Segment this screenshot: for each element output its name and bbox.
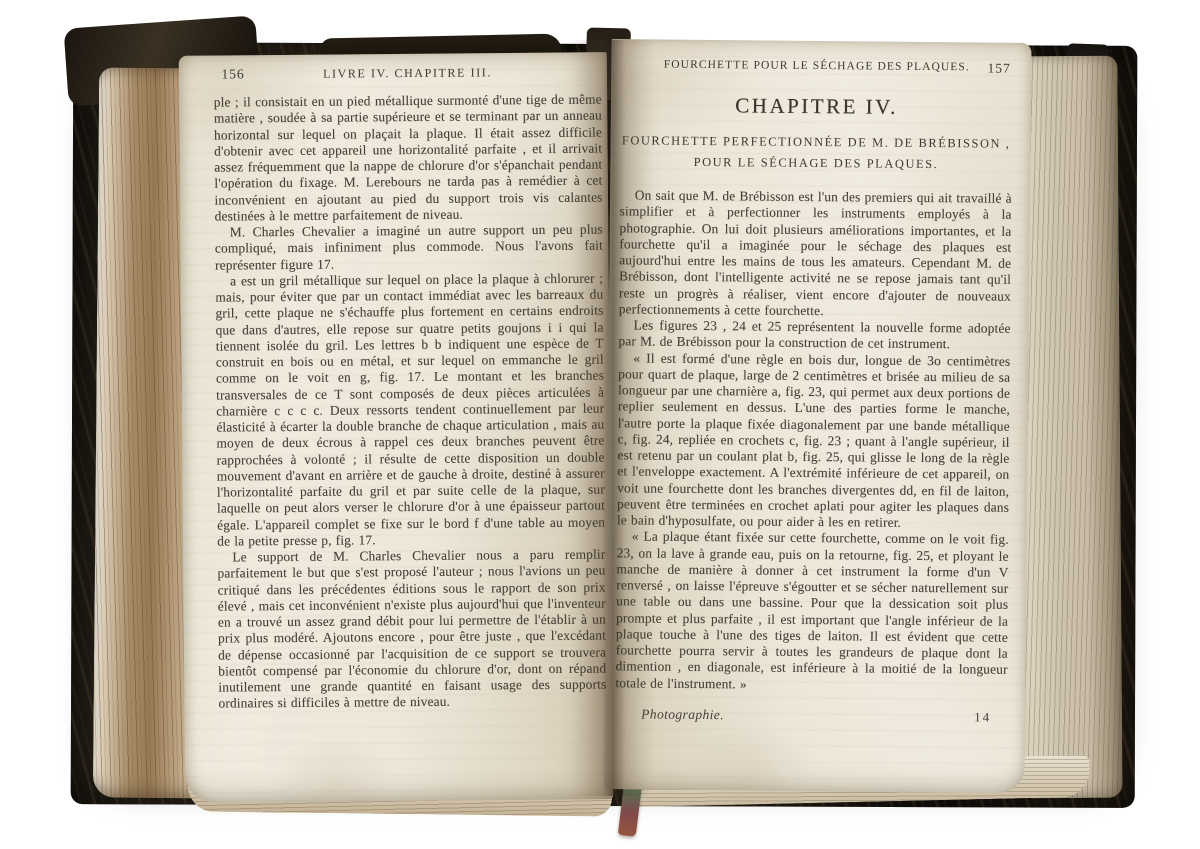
right-page-body: On sait que M. de Brébisson est l'un des… [615,187,1011,694]
right-paragraph: Les figures 23 , 24 et 25 représentent l… [618,317,1010,353]
signature-mark: 14 [974,709,991,725]
left-page-body: ple ; il consistait en un pied métalliqu… [214,91,607,712]
left-paragraph: ple ; il consistait en un pied métalliqu… [214,91,603,224]
chapter-subtitle-line2: POUR LE SÉCHAGE DES PLAQUES. [620,151,1012,175]
right-page-number: 157 [988,61,1011,77]
right-page-footer: Photographie. 14 [615,706,1007,729]
left-paragraph: Le support de M. Charles Chevalier nous … [217,546,606,712]
left-paragraph: M. Charles Chevalier a imaginé un autre … [215,221,603,273]
right-paragraph: On sait que M. de Brébisson est l'un des… [619,187,1012,320]
left-page-text: 156 LIVRE IV. CHAPITRE III. ple ; il con… [213,64,606,712]
left-running-header: LIVRE IV. CHAPITRE III. [323,65,492,80]
photo-background: { "book": { "left_page": { "page_number"… [0,0,1200,849]
footer-catchword: Photographie. [641,706,724,723]
right-running-header: FOURCHETTE POUR LE SÉCHAGE DES PLAQUES. [664,59,970,74]
open-book: 156 LIVRE IV. CHAPITRE III. ple ; il con… [70,20,1145,825]
chapter-title: CHAPITRE IV. [620,92,1012,120]
left-running-header-row: 156 LIVRE IV. CHAPITRE III. [213,64,601,82]
right-fore-edge-page-stack [1017,56,1122,799]
right-paragraph: « Il est formé d'une règle en bois dur, … [617,350,1011,532]
chapter-subtitle: FOURCHETTE PERFECTIONNÉE DE M. DE BRÉBIS… [620,130,1012,175]
right-page-text: FOURCHETTE POUR LE SÉCHAGE DES PLAQUES. … [615,58,1013,729]
right-paragraph: « La plaque étant fixée sur cette fourch… [615,529,1008,695]
left-paragraph: a est un gril métallique sur lequel on p… [215,270,605,549]
left-page-number: 156 [221,66,244,82]
right-running-header-row: FOURCHETTE POUR LE SÉCHAGE DES PLAQUES. … [621,58,1013,73]
chapter-subtitle-line1: FOURCHETTE PERFECTIONNÉE DE M. DE BRÉBIS… [620,130,1012,154]
